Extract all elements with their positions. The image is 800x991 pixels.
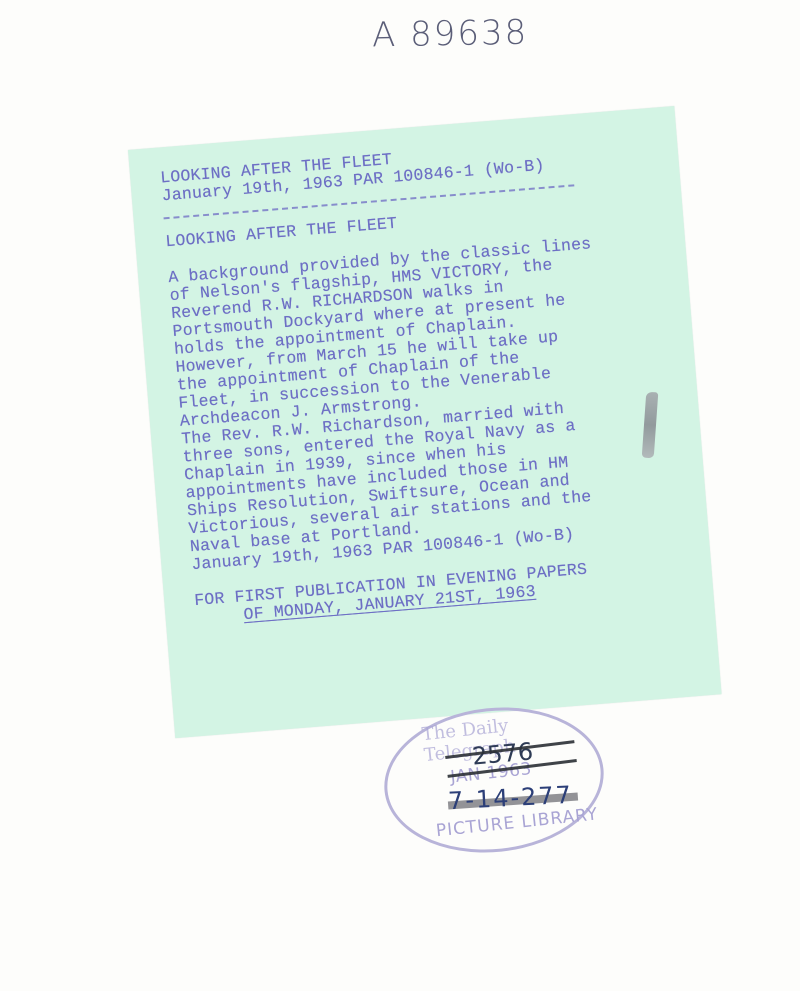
- handwritten-reference: A 89638: [372, 13, 529, 56]
- caption-body: A background provided by the classic lin…: [168, 228, 699, 574]
- caption-header: LOOKING AFTER THE FLEET January 19th, 19…: [160, 129, 669, 206]
- caption-text-block: LOOKING AFTER THE FLEET January 19th, 19…: [160, 129, 703, 628]
- picture-library-stamp: The Daily Telegraph JAN 1963 PICTURE LIB…: [377, 697, 611, 863]
- caption-note: LOOKING AFTER THE FLEET January 19th, 19…: [128, 106, 722, 738]
